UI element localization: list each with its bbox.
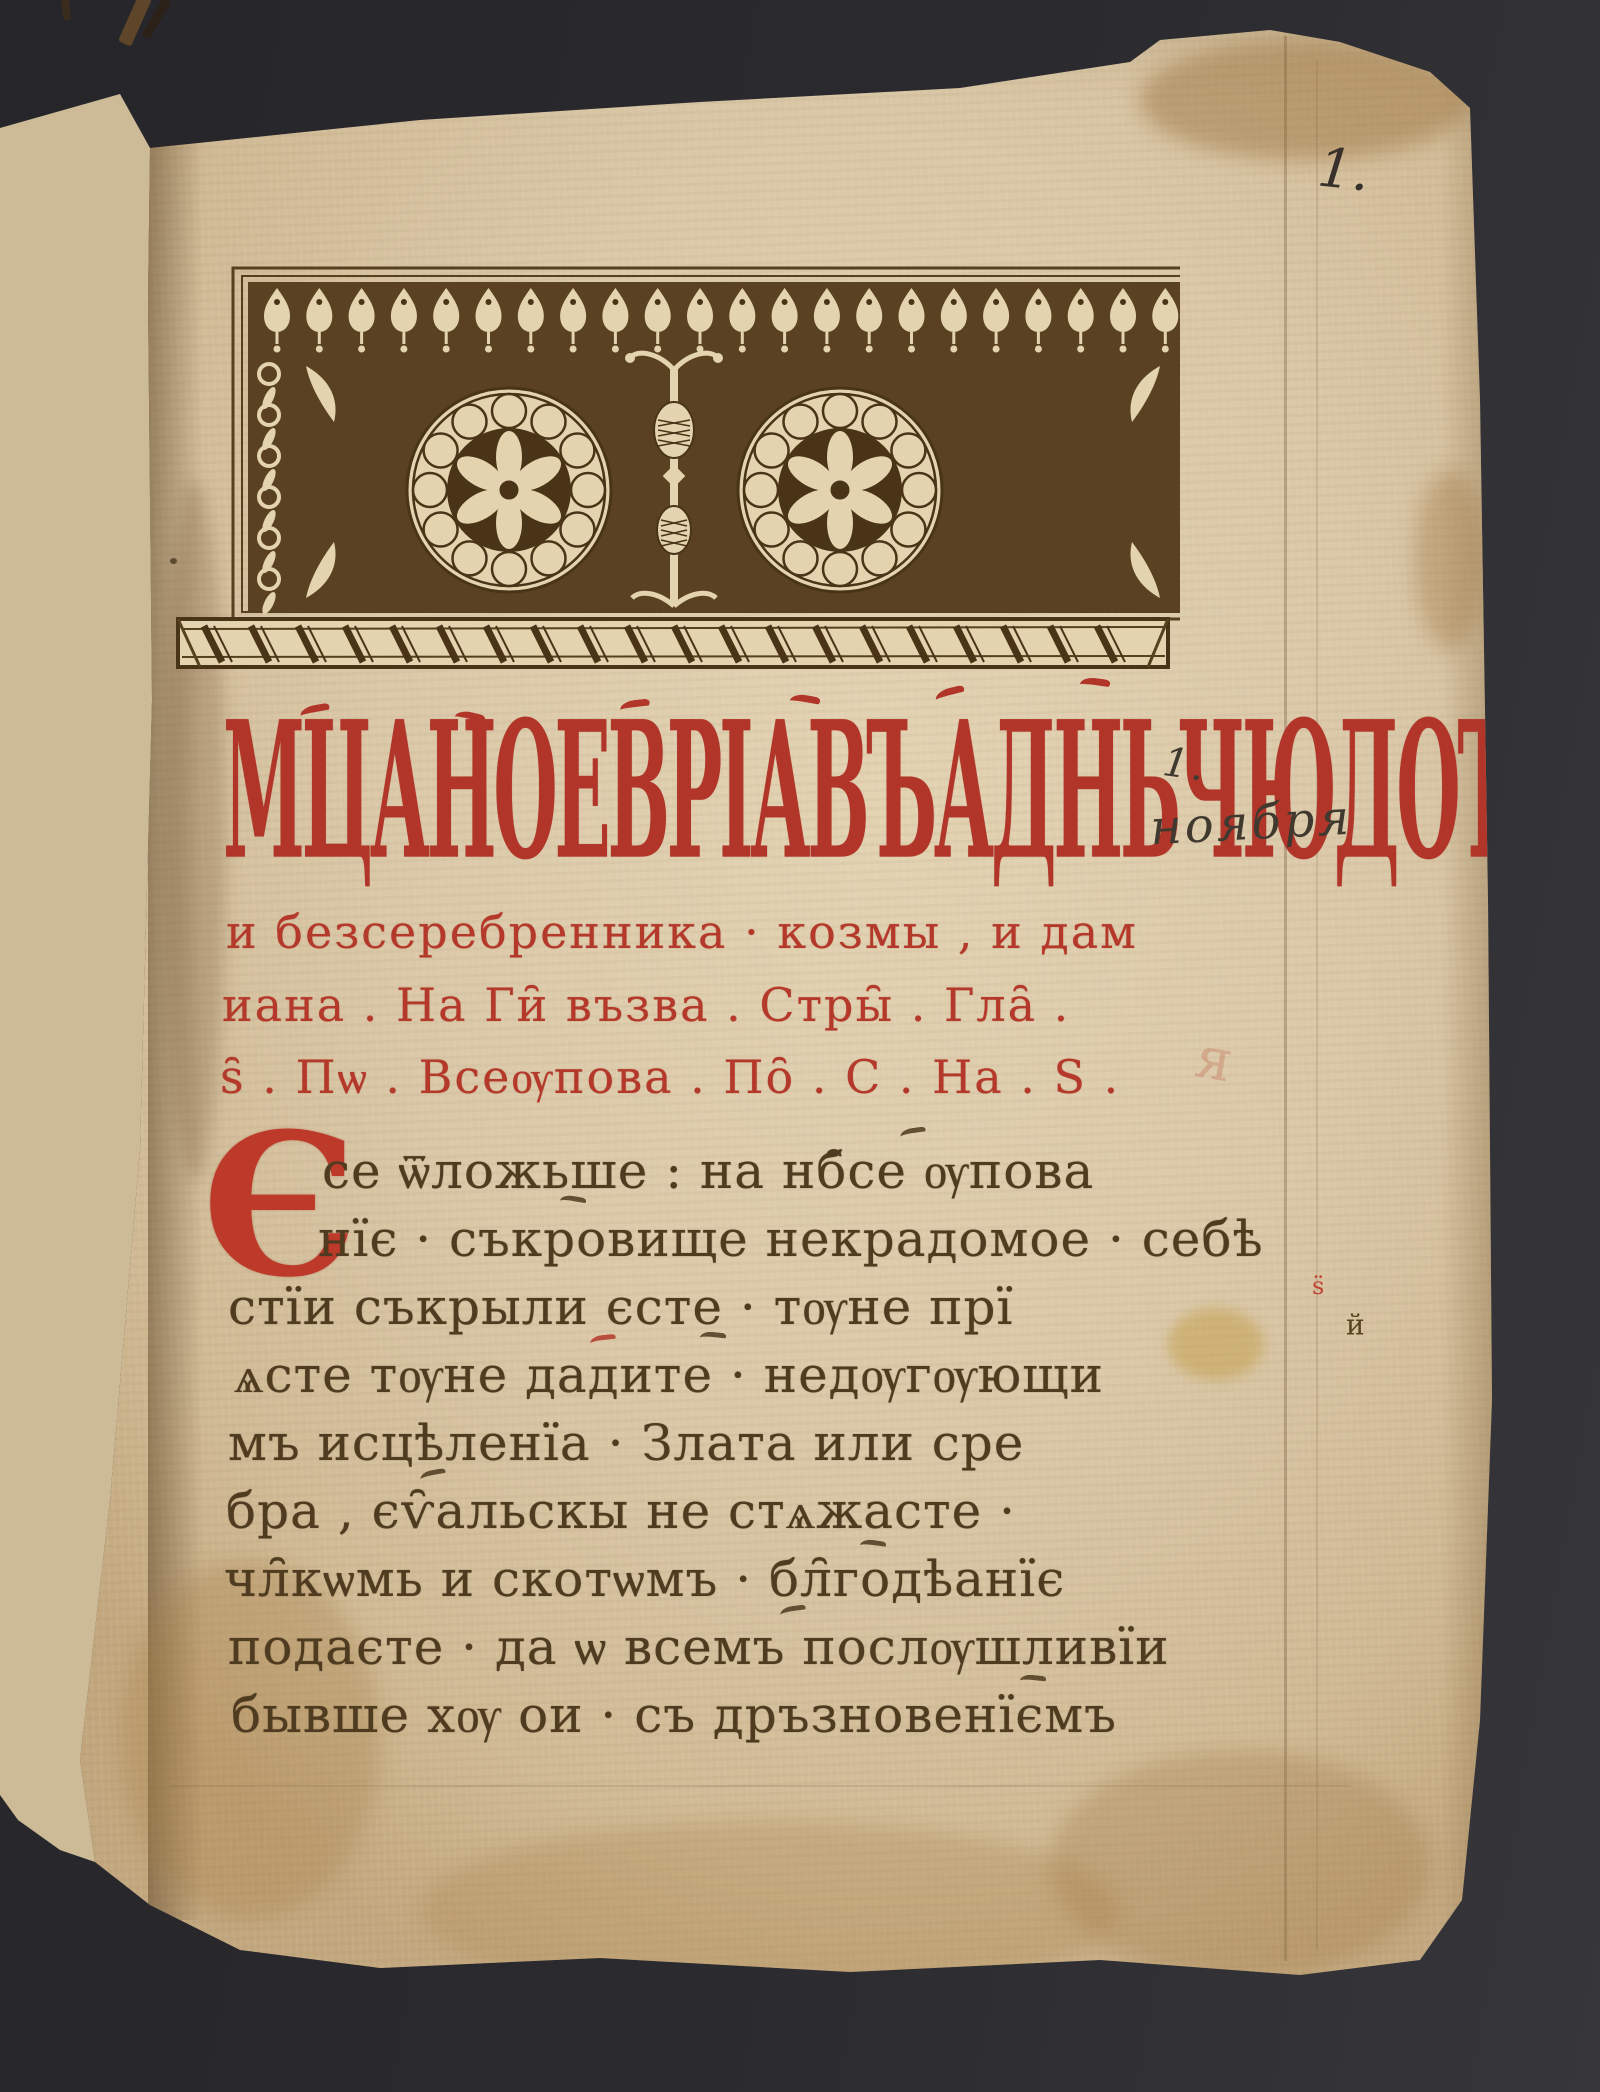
rubric-line: и безсеребренника · козмы , и дам [226, 905, 1138, 959]
margin-note-month: ноября [1149, 790, 1354, 857]
superscript-mark [899, 1126, 926, 1140]
fold-crease [1316, 60, 1318, 1950]
superscript-mark [700, 1331, 727, 1344]
fore-edge-shading [1440, 60, 1495, 1960]
verso-showthrough: я [1190, 1022, 1238, 1095]
body-line: бывше хѹ ои · съ дръзновенїємъ [231, 1686, 1117, 1744]
fold-crease [1284, 36, 1287, 1961]
body-line: бра , єѵ̑альскы не стѧжасте · [226, 1482, 1016, 1540]
superscript-mark [1020, 1674, 1047, 1687]
margin-mark-brown: й [1346, 1308, 1365, 1341]
margin-note-number: 1. [1160, 739, 1210, 791]
manuscript-page: МЦАНОЕВРІАВЪАДНЬЧЮДОТВ и безсеребренника… [0, 0, 1600, 2092]
stain [1050, 1750, 1430, 1980]
stain [1415, 470, 1485, 650]
vyaz-title: МЦАНОЕВРІАВЪАДНЬЧЮДОТВ [223, 697, 595, 876]
body-line: ѧсте тѹне дадите · недѹгѹющи [234, 1346, 1104, 1404]
headpiece-woodcut [170, 262, 1180, 682]
body-line: нїє · съкровище некрадомое · себѣ [318, 1210, 1264, 1268]
manuscript-scan: МЦАНОЕВРІАВЪАДНЬЧЮДОТВ и безсеребренника… [0, 0, 1600, 2092]
body-line: подаєте · да ѡ всемъ послѹшливїи [228, 1618, 1170, 1676]
folio-number: 1. [1315, 135, 1373, 203]
body-line: чл̑кѡмь и скотѡмъ · бл̑годѣанїє [224, 1550, 1065, 1608]
binding-thread [60, 0, 71, 20]
rubric-line: иана . На Ги̑ възва . Стры̑ . Гла̑ . [222, 978, 1070, 1032]
stain [420, 1820, 1120, 2000]
stain [1140, 40, 1470, 160]
body-line: стїи съкрыли єсте · тѹне прї [228, 1278, 1013, 1336]
body-line: мъ исцѣленїа · Злата или сре [228, 1414, 1024, 1472]
body-line: се ѿложьше : на нб̑се ѹпова [322, 1142, 1094, 1200]
stain [1168, 1308, 1263, 1380]
rubricated-initial: Є [202, 1108, 358, 1304]
margin-mark-red: ѕ̈ [1312, 1272, 1324, 1300]
